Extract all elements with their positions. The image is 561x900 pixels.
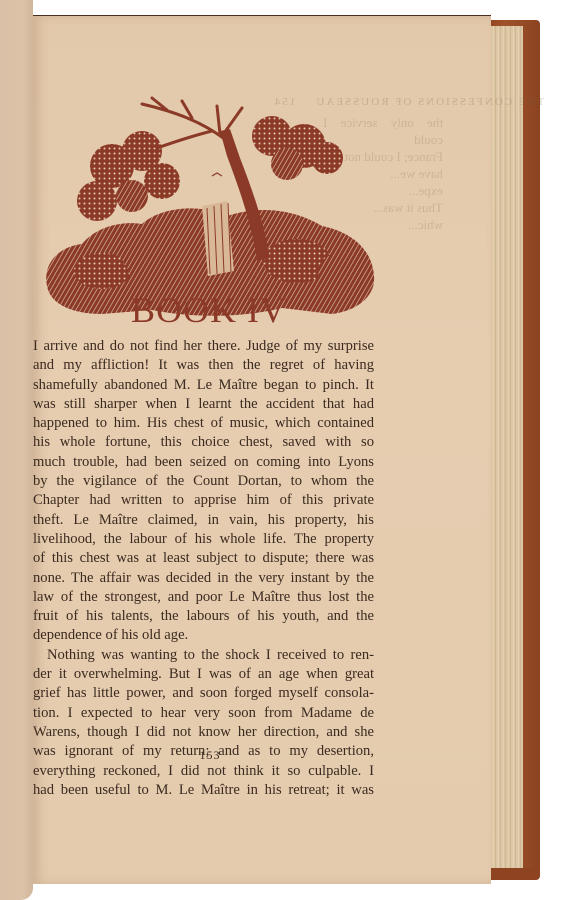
body-text: I arrive and do not find her there. Judg…: [33, 337, 374, 800]
text-line: law of the strongest, and poor Le Maître…: [33, 588, 374, 607]
text-line: der it overwhelming. But I was of an age…: [33, 665, 374, 684]
text-line: was still sharper when I learnt the acci…: [33, 395, 374, 414]
text-line: Warens, though I did not know her direct…: [33, 723, 374, 742]
text-line: fruit of his talents, the labours of his…: [33, 607, 374, 626]
text-line: had been useful to M. Le Maître in his r…: [33, 781, 374, 800]
chapter-heading: BOOK IV: [44, 290, 374, 330]
text-line: and my affliction! It was then the regre…: [33, 356, 374, 375]
text-line: tion. I expected to hear very soon from …: [33, 704, 374, 723]
text-line: everything reckoned, I did not think it …: [33, 762, 374, 781]
text-line: much trouble, had been seized on coming …: [33, 453, 374, 472]
left-page-edge: [0, 0, 33, 900]
text-line: Nothing was wanting to the shock I recei…: [33, 646, 374, 665]
text-line: grief has little power, and soon forged …: [33, 684, 374, 703]
text-line: his whole fortune, this choice chest, sa…: [33, 433, 374, 452]
text-line: by the vigilance of the Count Dortan, to…: [33, 472, 374, 491]
page-edges: [486, 26, 523, 868]
text-line: theft. Le Maître claimed, in vain, his p…: [33, 511, 374, 530]
text-line: I arrive and do not find her there. Judg…: [33, 337, 374, 356]
paragraph-2: Nothing was wanting to the shock I recei…: [33, 646, 374, 800]
text-line: shamefully abandoned M. Le Maître began …: [33, 376, 374, 395]
text-line: of this chest was at least subject to di…: [33, 549, 374, 568]
page-number: 153: [180, 748, 240, 763]
text-line: none. The affair was decided in the very…: [33, 569, 374, 588]
text-line: happened to him. His chest of music, whi…: [33, 414, 374, 433]
text-line: Chapter had written to apprise him of th…: [33, 491, 374, 510]
paragraph-1: I arrive and do not find her there. Judg…: [33, 337, 374, 646]
text-line: livelihood, the labour of his whole life…: [33, 530, 374, 549]
text-line: dependence of his old age.: [33, 626, 374, 645]
